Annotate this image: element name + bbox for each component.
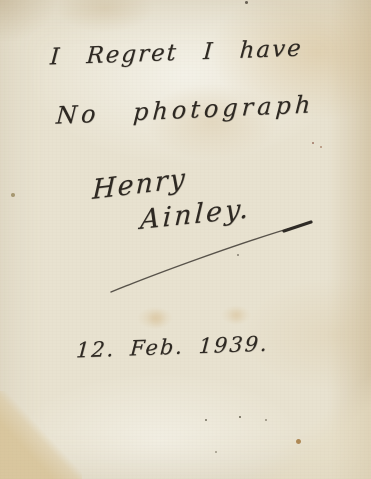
autograph-note-photo: I Regret I have No photograph Henry Ainl… — [0, 0, 371, 479]
foxing-spot — [205, 419, 207, 421]
foxing-spot — [245, 1, 248, 4]
foxing-spot — [231, 310, 242, 321]
foxing-spot — [320, 146, 322, 148]
foxing-spot — [237, 254, 239, 256]
foxing-spot — [312, 142, 314, 144]
foxing-spot — [265, 419, 267, 421]
foxing-spot — [150, 312, 163, 325]
spots-layer — [0, 0, 371, 479]
foxing-spot — [296, 439, 301, 444]
foxing-spot — [239, 416, 241, 418]
foxing-spot — [11, 193, 15, 197]
foxing-spot — [215, 451, 217, 453]
